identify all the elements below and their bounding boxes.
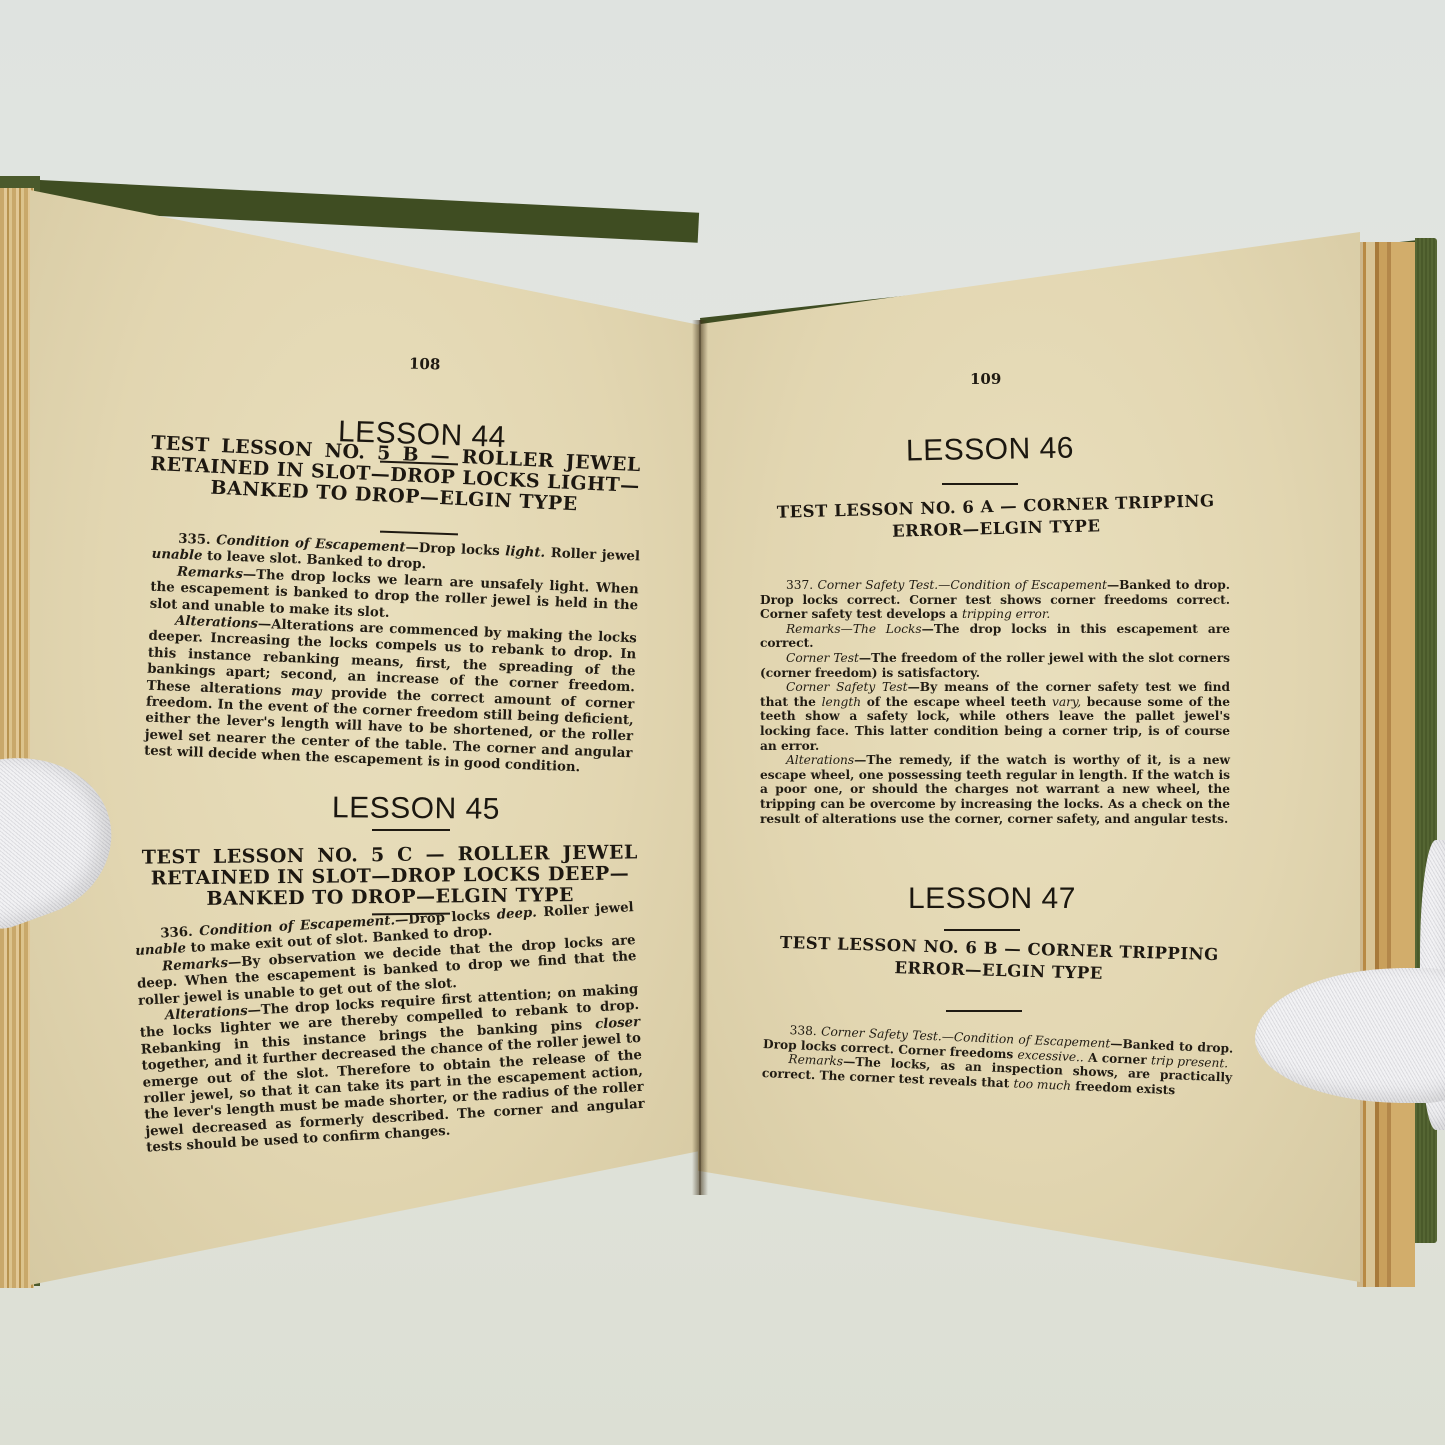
paragraph-number: 335.	[178, 532, 211, 548]
page-number-right: 109	[970, 370, 1001, 388]
title-rule	[372, 829, 450, 831]
photo-scene: 108 LESSON 44 TEST LESSON NO. 5 B — ROLL…	[0, 0, 1445, 1445]
paragraph-label: Remarks	[788, 1052, 843, 1068]
paragraph-label: Corner Safety Test	[786, 680, 908, 694]
paragraph-corner-safety-test: Corner Safety Test—By means of the corne…	[760, 680, 1230, 753]
lesson-44-body: 335. Condition of Escapement—Drop locks …	[144, 531, 640, 779]
paragraph-337: 337. Corner Safety Test.—Condition of Es…	[760, 578, 1230, 622]
lesson-46-body: 337. Corner Safety Test.—Condition of Es…	[760, 578, 1230, 826]
lesson-47-title: LESSON 47	[908, 882, 1076, 916]
paragraph-label: Corner Safety Test.—Condition of Escapem…	[818, 578, 1107, 592]
emphasis: may	[291, 684, 322, 700]
paragraph-remarks: Remarks—The Locks—The drop locks in this…	[760, 622, 1230, 651]
heading-rule	[946, 1010, 1022, 1012]
emphasis: length	[822, 695, 862, 709]
emphasis: tripping error.	[962, 607, 1050, 621]
paragraph-number: 337.	[786, 578, 813, 592]
lesson-46-title: LESSON 46	[906, 432, 1074, 469]
paragraph-label: Corner Test	[786, 651, 859, 665]
paragraph-number: 338.	[789, 1023, 817, 1038]
page-number-left: 108	[409, 354, 441, 373]
lesson-45-heading: TEST LESSON NO. 5 C — ROLLER JEWEL RETAI…	[142, 842, 639, 910]
page-edges-left	[0, 188, 34, 1288]
emphasis: too much	[1013, 1076, 1071, 1092]
page-edges-right	[1357, 242, 1415, 1287]
paragraph-label: Remarks	[162, 956, 229, 975]
title-rule	[944, 929, 1020, 931]
paragraph-alterations: Alterations—The remedy, if the watch is …	[760, 753, 1230, 826]
lesson-45-title: LESSON 45	[332, 791, 500, 826]
body-text: provide the correct amount of corner fre…	[144, 685, 635, 776]
paragraph-label: Remarks—The Locks	[786, 622, 922, 636]
emphasis: unable	[135, 942, 187, 960]
paragraph-alterations: Alterations—Alterations are commenced by…	[144, 613, 637, 779]
body-text: Roller jewel	[545, 546, 640, 565]
emphasis: unable	[151, 547, 202, 564]
paragraph-corner-test: Corner Test—The freedom of the roller je…	[760, 651, 1230, 680]
emphasis: deep.	[496, 905, 537, 922]
paragraph-label: Remarks	[177, 565, 243, 583]
paragraph-number: 336.	[160, 925, 193, 942]
emphasis: light.	[505, 544, 545, 561]
body-text: of the escape wheel teeth	[861, 695, 1052, 709]
lesson-45-body: 336. Condition of Escapement.—Drop locks…	[134, 900, 646, 1157]
paragraph-label: Alterations	[786, 753, 854, 767]
paragraph-label: Alterations	[175, 614, 258, 632]
book-gutter	[692, 320, 708, 1195]
emphasis: closer	[595, 1015, 641, 1032]
emphasis: vary,	[1052, 695, 1081, 709]
title-rule	[942, 483, 1018, 485]
paragraph-alterations: Alterations—The drop locks require first…	[139, 982, 646, 1157]
